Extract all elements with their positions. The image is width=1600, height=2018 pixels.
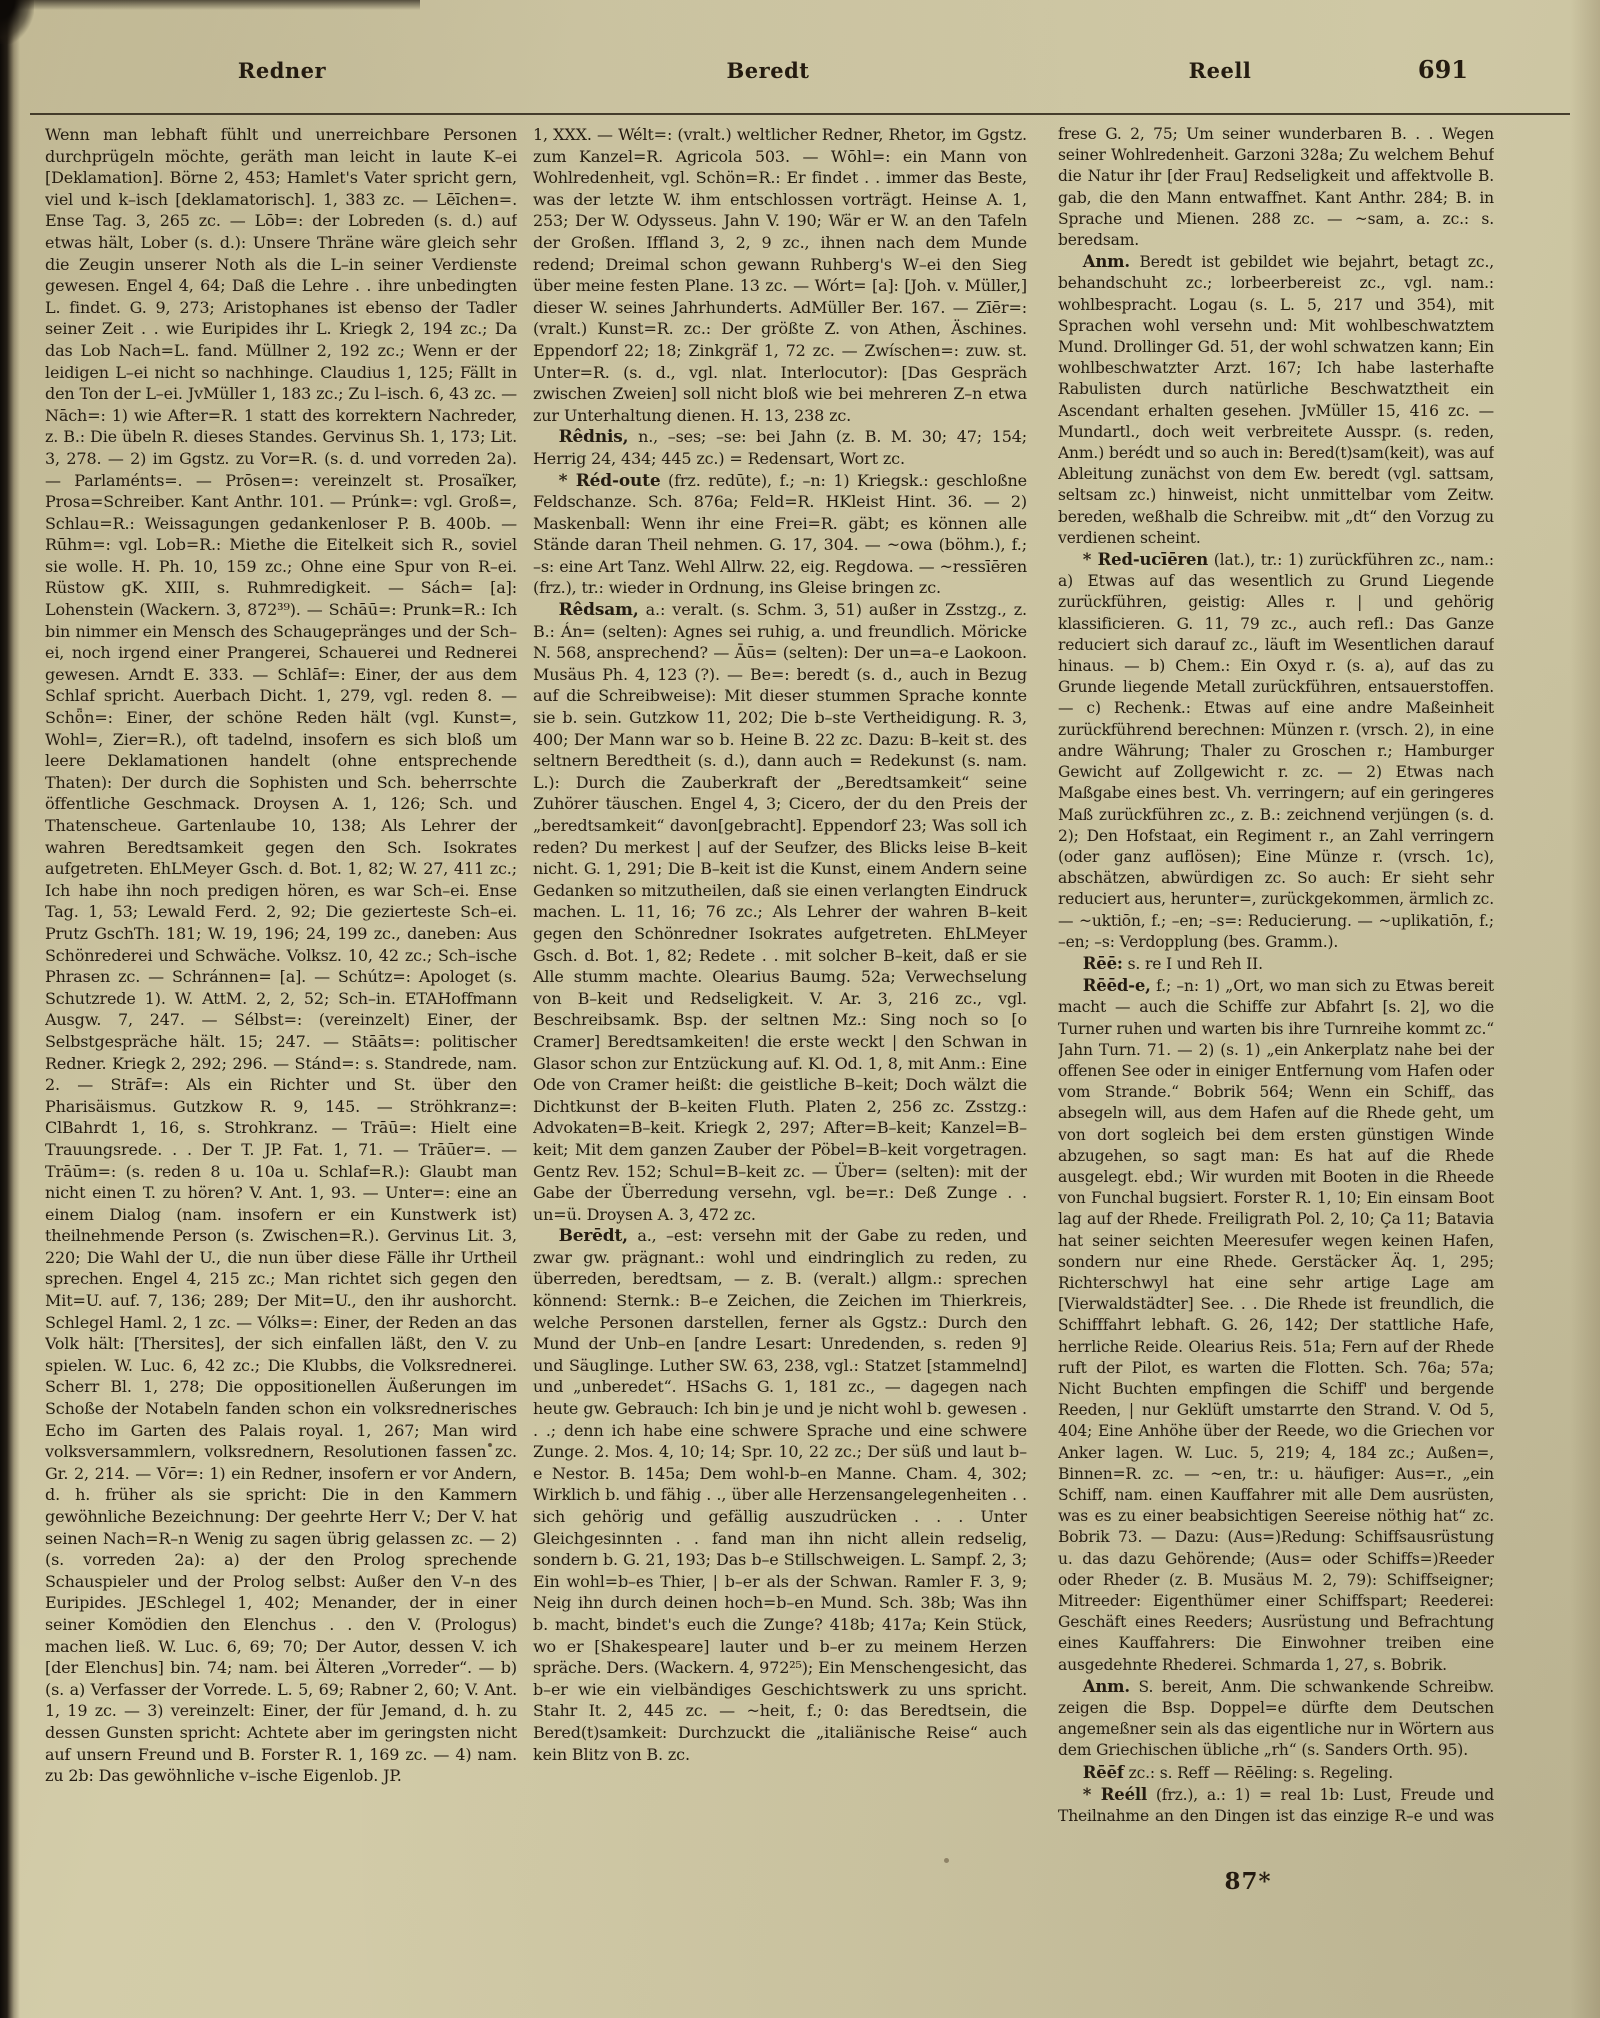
- paragraph: * Red-ucīēren (lat.), tr.: 1) zurückführ…: [1058, 549, 1494, 953]
- paragraph: Anm. Beredt ist gebildet wie bejahrt, be…: [1058, 251, 1494, 549]
- signature-mark: 87*: [1188, 1868, 1308, 1895]
- entry-headword: Rēē:: [1083, 954, 1123, 973]
- text-column-left: Wenn man lebhaft fühlt und unerreichbare…: [45, 124, 517, 1787]
- running-head: Redner Beredt Reell 691: [0, 58, 1600, 92]
- paragraph: Wenn man lebhaft fühlt und unerreichbare…: [45, 124, 517, 1787]
- paragraph: Rēēd-e, f.; –n: 1) „Ort, wo man sich zu …: [1058, 975, 1494, 1676]
- paragraph: 1, XXX. — Wélt=: (vralt.) weltlicher Red…: [533, 124, 1027, 426]
- running-head-center: Beredt: [727, 58, 810, 83]
- dictionary-page: Redner Beredt Reell 691 Wenn man lebhaft…: [0, 0, 1600, 2018]
- entry-headword: Anm.: [1083, 1677, 1130, 1696]
- paragraph: Rêdnis, n., –ses; –se: bei Jahn (z. B. M…: [533, 426, 1027, 469]
- page-number: 691: [1388, 55, 1468, 84]
- paragraph: Rēēf zc.: s. Reff — Rēēling: s. Regeling…: [1058, 1762, 1494, 1784]
- entry-headword: Rêdsam,: [559, 599, 639, 619]
- text-column-middle: 1, XXX. — Wélt=: (vralt.) weltlicher Red…: [533, 124, 1027, 1765]
- paper-speck: [944, 1858, 949, 1863]
- paragraph: Rēē: s. re I und Reh II.: [1058, 953, 1494, 975]
- page-fold-shadow: [1570, 0, 1600, 2018]
- text-column-right: frese G. 2, 75; Um seiner wunderbaren B.…: [1058, 124, 1494, 1824]
- scan-corner-artifact: [0, 0, 34, 44]
- entry-headword: Anm.: [1083, 252, 1130, 271]
- paragraph: Rêdsam, a.: veralt. (s. Schm. 3, 51) auß…: [533, 599, 1027, 1225]
- scan-edge-left: [0, 0, 20, 2018]
- entry-headword: Rêdnis,: [559, 426, 629, 446]
- header-rule: [30, 113, 1570, 115]
- scan-edge-top: [0, 0, 420, 10]
- running-head-left: Redner: [238, 58, 326, 83]
- entry-headword: * Reéll: [1083, 1785, 1147, 1804]
- running-head-right: Reell: [1189, 58, 1252, 83]
- paragraph: Anm. S. bereit, Anm. Die schwankende Sch…: [1058, 1676, 1494, 1762]
- entry-headword: Rēēd-e,: [1083, 976, 1151, 995]
- paragraph: Berēdt, a., –est: versehn mit der Gabe z…: [533, 1225, 1027, 1765]
- paragraph: frese G. 2, 75; Um seiner wunderbaren B.…: [1058, 124, 1494, 251]
- entry-headword: * Red-ucīēren: [1083, 550, 1208, 569]
- paragraph: * Réd-oute (frz. redūte), f.; –n: 1) Kri…: [533, 470, 1027, 600]
- entry-headword: Berēdt,: [559, 1225, 628, 1245]
- entry-headword: * Réd-oute: [559, 470, 661, 490]
- paragraph: * Reéll (frz.), a.: 1) = real 1b: Lust, …: [1058, 1784, 1494, 1824]
- entry-headword: Rēēf: [1083, 1763, 1124, 1782]
